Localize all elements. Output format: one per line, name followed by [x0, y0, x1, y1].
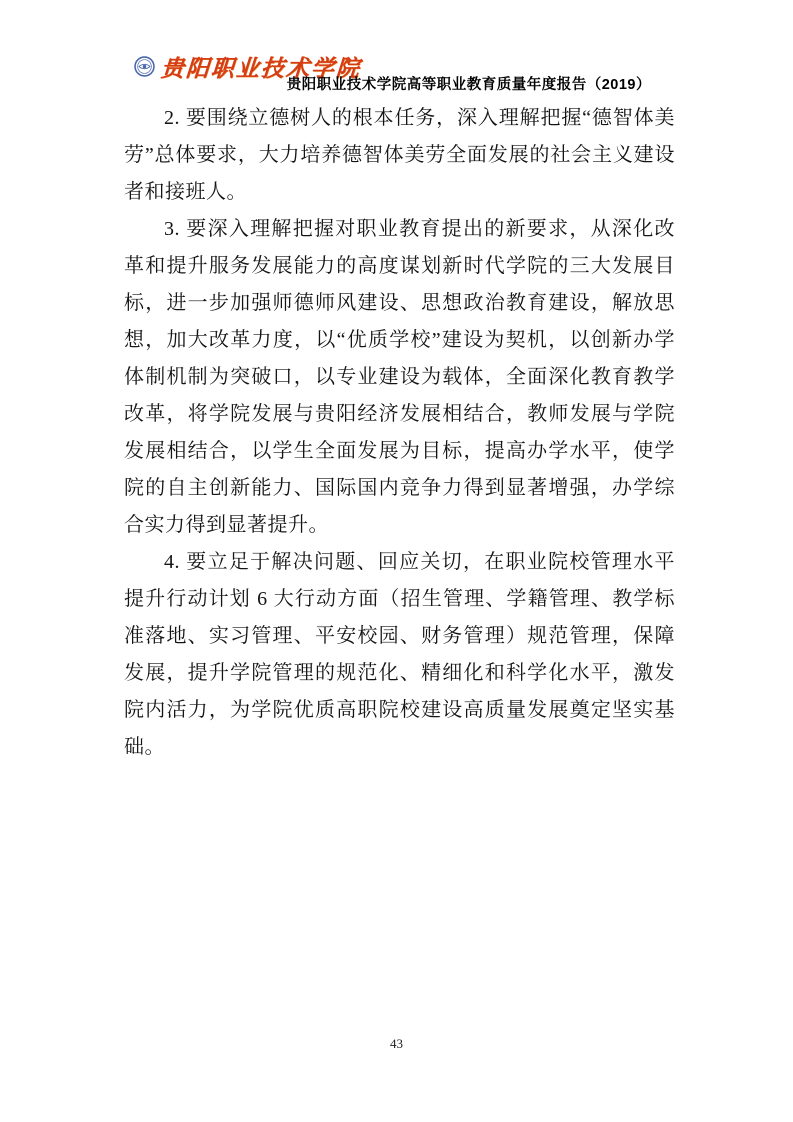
- document-page: 贵阳职业技术学院 贵阳职业技术学院高等职业教育质量年度报告（2019） 2. 要…: [0, 0, 793, 1122]
- body-paragraph: 2. 要围绕立德树人的根本任务，深入理解把握“德智体美劳”总体要求，大力培养德智…: [124, 100, 675, 211]
- report-header-title: 贵阳职业技术学院高等职业教育质量年度报告（2019）: [0, 73, 651, 94]
- body-paragraph: 3. 要深入理解把握对职业教育提出的新要求，从深化改革和提升服务发展能力的高度谋…: [124, 211, 675, 544]
- body-paragraph: 4. 要立足于解决问题、回应关切，在职业院校管理水平提升行动计划 6 大行动方面…: [124, 544, 675, 766]
- page-number: 43: [0, 1036, 793, 1052]
- document-body: 2. 要围绕立德树人的根本任务，深入理解把握“德智体美劳”总体要求，大力培养德智…: [124, 100, 675, 766]
